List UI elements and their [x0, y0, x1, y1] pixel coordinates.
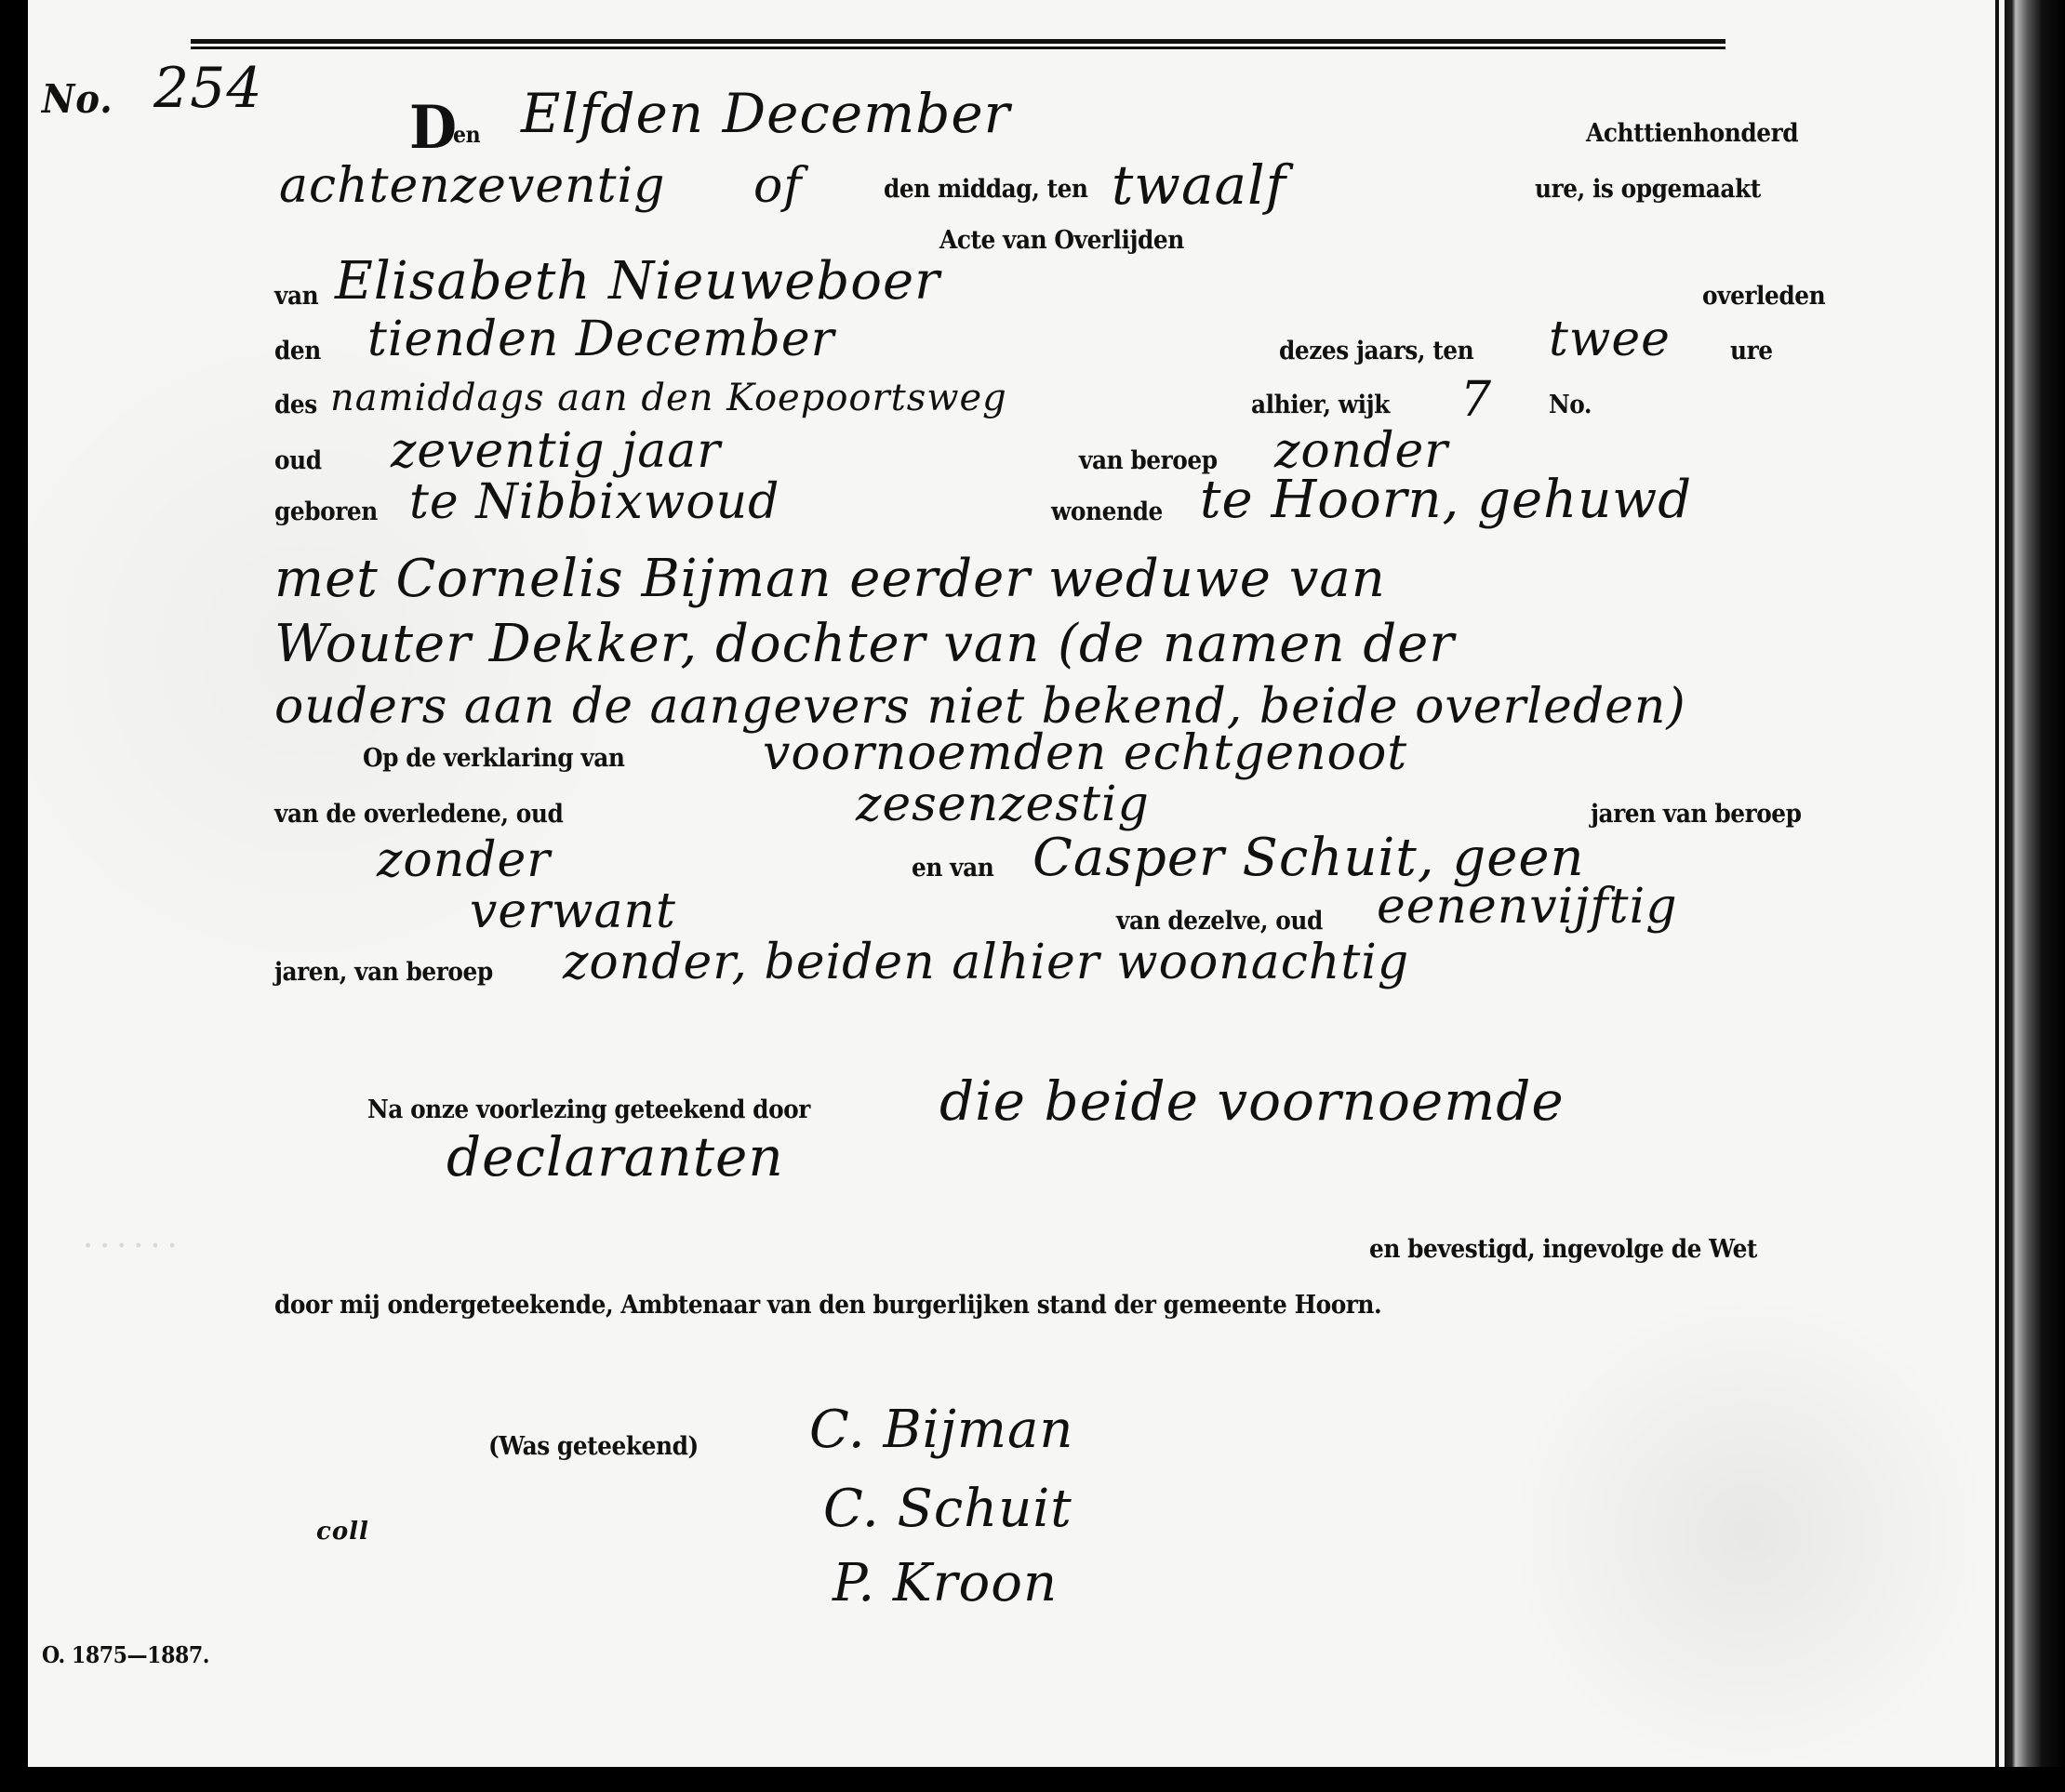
death-date: tienden December [367, 312, 834, 367]
form-code: O. 1875—1887. [42, 1641, 209, 1668]
death-hour: twee [1549, 312, 1671, 367]
oud-label: oud [274, 446, 322, 475]
parents-line: Wouter Dekker, dochter van (de namen der [274, 614, 1455, 674]
van-dezelve-label: van dezelve, oud [1116, 907, 1323, 936]
declarant-2-occupation: zonder, beiden alhier woonachtig [563, 935, 1409, 990]
van-de-overledene-label: van de overledene, oud [274, 800, 563, 829]
wijk-number: 7 [1460, 372, 1492, 428]
en-van-label: en van [912, 854, 993, 883]
alhier-wijk-label: alhier, wijk [1251, 391, 1390, 419]
den-middag-label: den middag, ten [884, 175, 1088, 204]
geboren-label: geboren [274, 498, 378, 526]
header-double-rule-top [191, 39, 1725, 44]
declarant-2-age: eenenvijftig [1377, 879, 1678, 935]
signature-kroon: P. Kroon [833, 1553, 1058, 1613]
header-double-rule-bottom [191, 46, 1725, 49]
na-onze-voorlezing-label: Na onze voorlezing geteekend door [367, 1095, 810, 1124]
declarant-1-age: zesenzestig [856, 777, 1150, 832]
record-number-label: No. [42, 76, 113, 122]
den-drop-cap: D [409, 93, 457, 163]
margin-note: coll [316, 1518, 369, 1546]
op-de-verklaring-label: Op de verklaring van [363, 744, 625, 773]
ure-opgemaakt-label: ure, is opgemaakt [1535, 175, 1761, 204]
scan-left-border [0, 0, 32, 1792]
den-label: en [453, 121, 480, 148]
scan-binding-edge [2005, 0, 2065, 1792]
spouse-line: met Cornelis Bijman eerder weduwe van [274, 549, 1386, 609]
acte-title: Acte van Overlijden [939, 226, 1184, 255]
year-words: achtenzeventig [279, 158, 665, 214]
was-geteekend-label: (Was geteekend) [488, 1432, 699, 1461]
van-label: van [274, 282, 318, 311]
achttienhonderd-label: Achttienhonderd [1586, 119, 1798, 148]
bleed-through-text: · · · · · · [84, 1232, 177, 1260]
hour-drawn-up: twaalf [1112, 153, 1286, 217]
date-day-month: Elfden December [521, 82, 1010, 145]
door-mij-label: door mij ondergeteekende, Ambtenaar van … [274, 1291, 1381, 1320]
signed-by: die beide voornoemde [939, 1069, 1565, 1133]
des-label: des [274, 391, 317, 419]
deceased-name: Elisabeth Nieuweboer [335, 251, 940, 312]
scan-bottom-border [0, 1767, 2065, 1792]
signature-schuit: C. Schuit [823, 1479, 1072, 1539]
en-bevestigd-label: en bevestigd, ingevolge de Wet [1369, 1235, 1757, 1264]
overleden-label: overleden [1702, 282, 1825, 311]
den-date-label: den [274, 337, 321, 365]
age: zeventig jaar [391, 423, 721, 479]
birthplace: te Nibbixwoud [409, 474, 779, 530]
van-beroep-label: van beroep [1079, 446, 1218, 475]
declarant-1-name: voornoemden echtgenoot [763, 725, 1407, 781]
signed-by-2: declaranten [446, 1125, 784, 1188]
record-number: 254 [153, 56, 263, 121]
residence: te Hoorn, gehuwd [1200, 470, 1692, 530]
wonende-label: wonende [1051, 498, 1163, 526]
declarant-2-relation: verwant [470, 883, 676, 939]
time-marker: of [753, 158, 803, 214]
ure-label: ure [1730, 337, 1773, 365]
page-right-rule [1995, 0, 1999, 1776]
time-of-day-place: namiddags aan den Koepoortsweg [330, 377, 1007, 419]
jaren-van-beroep-2-label: jaren, van beroep [274, 958, 493, 987]
jaren-van-beroep-label: jaren van beroep [1591, 800, 1802, 829]
declarant-1-occupation: zonder [377, 832, 551, 888]
no-label: No. [1549, 391, 1592, 419]
dezes-jaars-label: dezes jaars, ten [1279, 337, 1473, 365]
signature-bijman: C. Bijman [809, 1400, 1073, 1460]
